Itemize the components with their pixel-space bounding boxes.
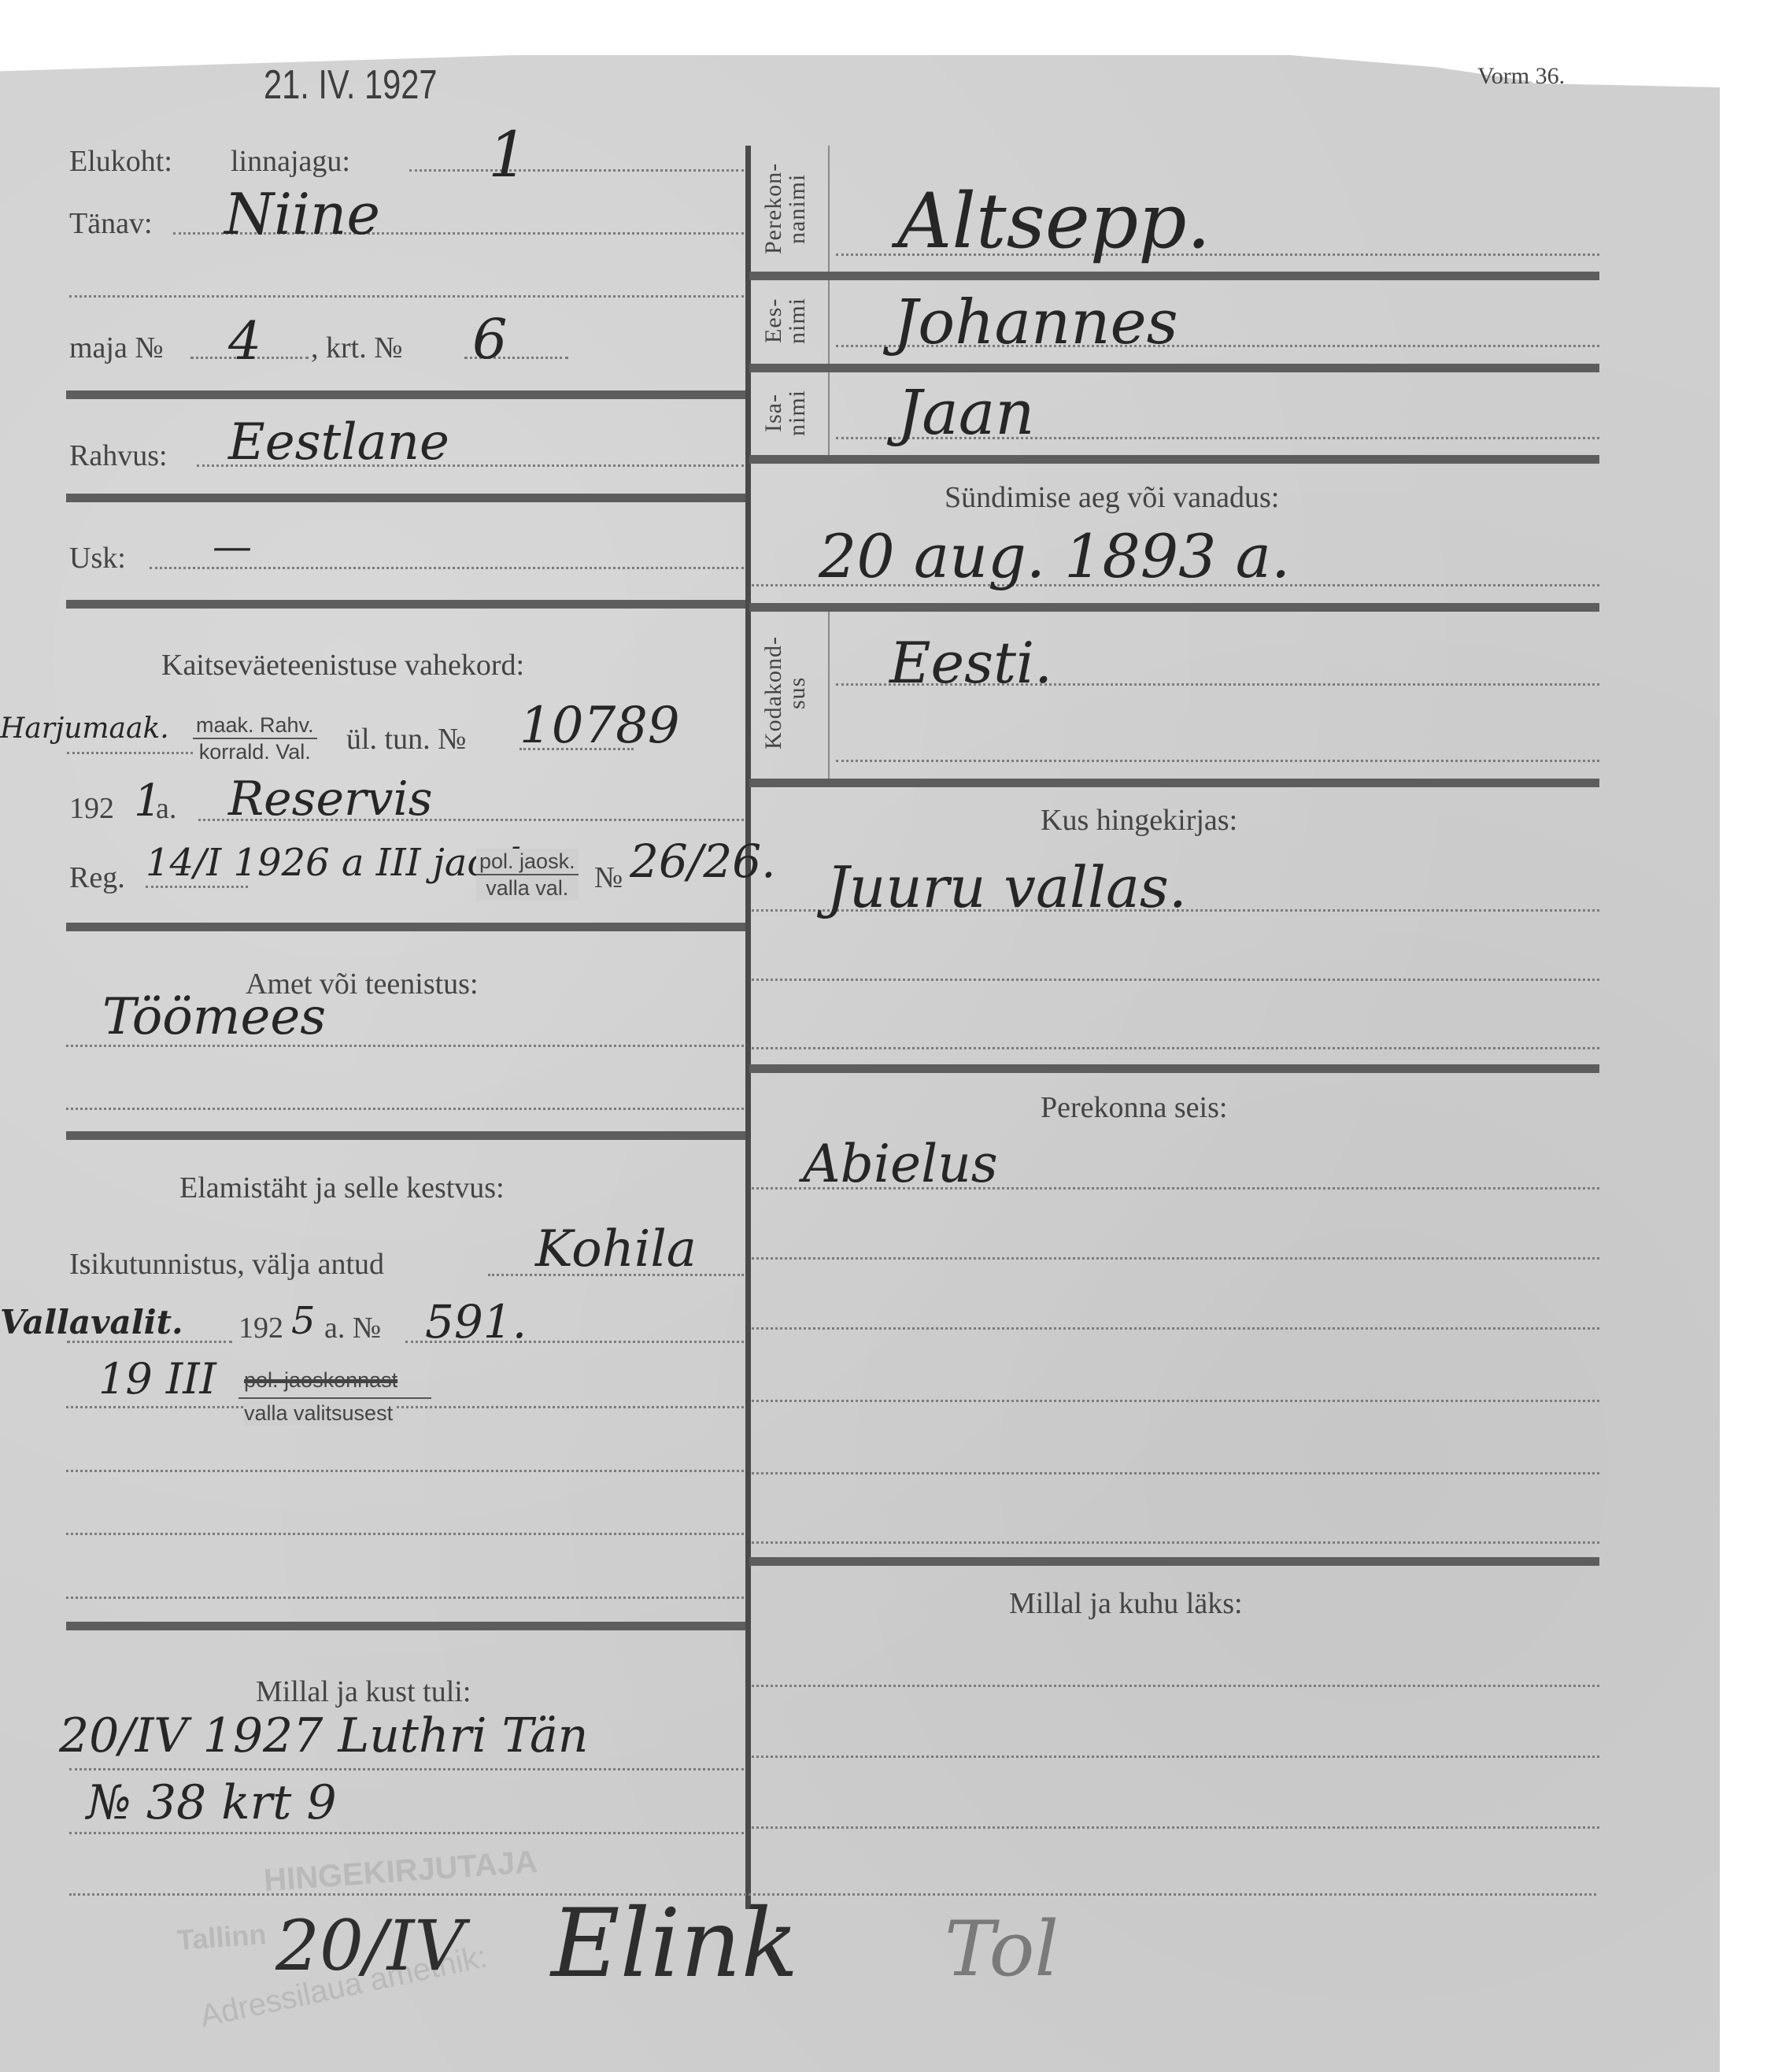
eesnimi-label: Ees- nimi [762,283,809,358]
divider [66,923,745,931]
reg-no-label: № [594,860,623,895]
issuer-struck: pol. jaoskonnast [244,1368,397,1393]
reg-line [146,886,248,888]
perekonnaseis-line-5 [752,1472,1599,1474]
date-stamp: 21. IV. 1927 [264,61,438,109]
eesnimi-value: Johannes [893,287,1178,358]
address-extra-line [69,295,744,298]
divider [66,494,745,502]
official-signature: Elink [551,1889,798,1999]
elamistaht-line-3 [66,1470,744,1472]
ul-tun-value: 10789 [519,697,680,755]
faded-stamp-city: Tallinn [176,1918,268,1957]
krt-value: 6 [472,307,508,372]
elamistaht-margin-note: Vallavalit. [0,1303,183,1341]
kaitsevae-heading: Kaitseväeteenistuse vahekord: [161,648,524,683]
perekonnanimi-label: Perekon- nanimi [762,150,809,268]
sign-date: 20/IV [275,1905,464,1986]
year-prefix: 192 [69,791,114,826]
linnajagu-label: linnajagu: [231,144,350,179]
isanimi-value: Jaan [897,378,1035,449]
linnajagu-value: 1 [488,118,528,191]
divider [66,390,745,399]
divider [749,603,1599,612]
maak-line [67,752,193,754]
elamistaht-no-label: a. № [324,1311,381,1345]
issuer-divider [238,1397,431,1399]
isanimi-label: Isa- nimi [762,376,809,450]
divider [66,1131,745,1140]
amet-value: Töömees [102,988,326,1046]
sundimine-heading: Sündimise aeg või vanadus: [945,480,1279,515]
laks-line-1 [752,1685,1599,1687]
label-column-divider [828,372,830,457]
kaitsevae-margin-note: Harjumaak. [0,712,169,745]
hingekiri-value: Juuru vallas. [826,854,1187,920]
tanav-value: Niine [224,181,380,247]
divider [749,364,1599,372]
label-column-divider [828,280,830,365]
kodakondsus-value: Eesti. [889,630,1052,696]
tuli-line-1: 20/IV 1927 Luthri Tän [59,1708,588,1763]
laks-line-3 [752,1826,1599,1829]
divider [66,600,745,609]
usk-label: Usk: [69,541,126,575]
maja-label: maja № [69,331,164,365]
amet-line-2 [66,1108,744,1110]
reservis-value: Reservis [228,771,433,827]
krt-label: , krt. № [311,331,402,365]
elukoht-label: Elukoht: [69,144,172,179]
vallavalit-line [67,1341,232,1343]
hingekiri-line-3 [752,1047,1599,1049]
kodakondsus-label: Kodakond- sus [762,618,809,768]
divider [749,1064,1599,1073]
year-suffix: a. [156,791,176,826]
label-column-divider [828,612,830,779]
maja-value: 4 [228,311,261,372]
perekonnaseis-line-4 [752,1400,1599,1402]
elamistaht-year-digit: 5 [291,1299,316,1343]
reg-fraction: pol. jaosk. valla val. [476,849,579,901]
perekonnaseis-value: Abielus [803,1134,998,1194]
isikutunnistus-value: Kohila [535,1220,697,1278]
sundimine-value: 20 aug. 1893 a. [819,521,1290,591]
pencil-signature: Tol [945,1905,1059,1993]
tanav-label: Tänav: [69,206,153,241]
perekonnanimi-value: Altsepp. [897,177,1211,265]
rahvus-label: Rahvus: [69,438,168,473]
elamistaht-year-prefix: 192 [238,1311,283,1345]
laks-line-2 [752,1756,1599,1758]
linnajagu-line [409,169,744,172]
tuli-line-2: № 38 krt 9 [87,1775,337,1830]
issuer-line [66,1406,744,1408]
maak-fraction: maak. Rahv. korrald. Val. [193,712,317,764]
divider [749,1557,1599,1566]
reg-fraction-bottom: valla val. [476,875,579,901]
divider [749,455,1599,464]
reg-fraction-top: pol. jaosk. [476,849,579,875]
elamistaht-date-note: 19 III [98,1354,216,1404]
elamistaht-line-5 [66,1597,744,1599]
issuer: valla valitsusest [244,1401,396,1426]
perekonnaseis-line-6 [752,1541,1599,1544]
hingekiri-line-2 [752,979,1599,981]
reg-no-value: 26/26. [630,834,776,888]
elamistaht-heading: Elamistäht ja selle kestvus: [179,1171,505,1205]
ul-tun-label: ül. tun. № [346,722,466,757]
laks-heading: Millal ja kuhu läks: [1009,1586,1243,1621]
form-number: Vorm 36. [1477,63,1565,90]
maak-fraction-top: maak. Rahv. [193,712,317,739]
column-divider [745,146,751,1909]
maak-fraction-bottom: korrald. Val. [193,739,317,764]
divider [66,1622,745,1630]
kodakondsus-line-2 [836,760,1599,762]
perekonnaseis-line-3 [752,1327,1599,1330]
elamistaht-line-4 [66,1533,744,1535]
divider [749,272,1599,280]
perekonnaseis-line-2 [752,1257,1599,1260]
isikutunnistus-label: Isikutunnistus, välja antud [69,1247,384,1282]
label-column-divider [828,146,830,276]
reg-label: Reg. [69,860,125,895]
usk-value: — [213,524,252,569]
elamistaht-no-value: 591. [425,1295,527,1349]
tuli-heading: Millal ja kust tuli: [256,1674,471,1709]
perekonnaseis-heading: Perekonna seis: [1041,1090,1227,1125]
tuli-ruled-2 [69,1832,744,1834]
rahvus-value: Eestlane [228,413,449,472]
divider [749,779,1599,787]
tuli-ruled-1 [69,1768,744,1770]
hingekiri-heading: Kus hingekirjas: [1041,803,1237,838]
